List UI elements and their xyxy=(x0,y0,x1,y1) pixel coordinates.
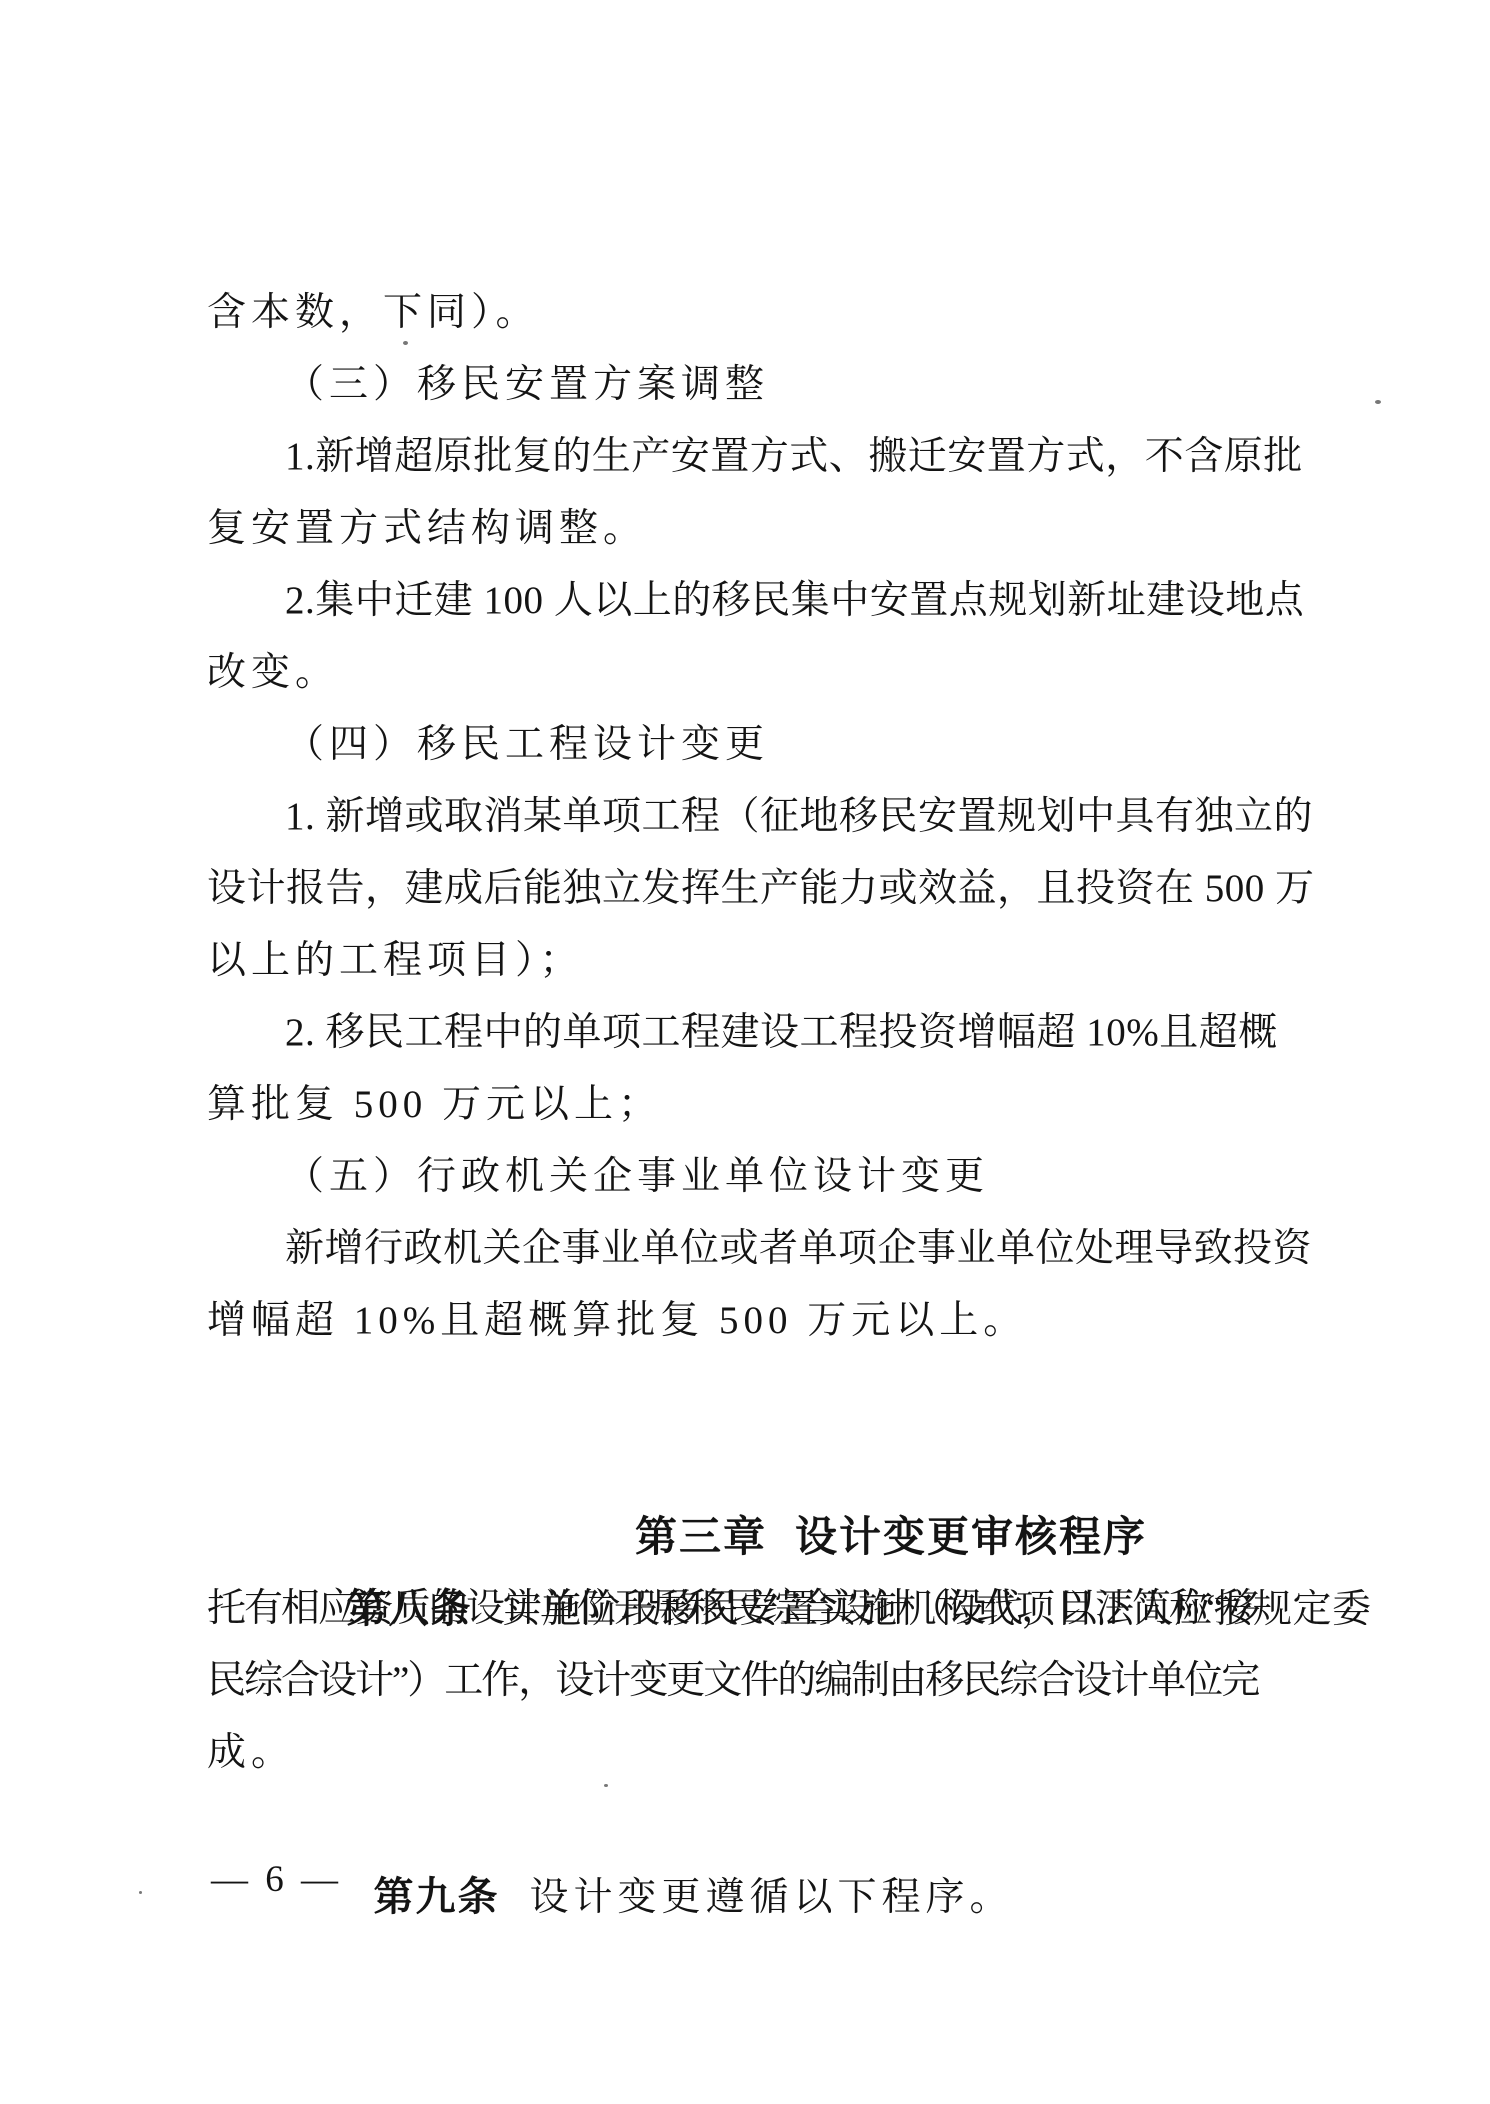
text-line: 增幅超 10%且超概算批复 500 万元以上。 xyxy=(207,1285,1280,1357)
text-line: 1.新增超原批复的生产安置方式、搬迁安置方式，不含原批 xyxy=(207,421,1280,493)
text-line: 1. 新增或取消某单项工程（征地移民安置规划中具有独立的 xyxy=(207,781,1280,853)
text-line: 含本数，下同）。 xyxy=(207,277,1280,349)
text-line: 以上的工程项目）； xyxy=(207,925,1280,997)
text-line: 新增行政机关企事业单位或者单项企事业单位处理导致投资 xyxy=(207,1213,1280,1285)
text-line: 改变。 xyxy=(207,637,1280,709)
text-line: 托有相应资质的设计单位开展移民综合设计（设代，以下简称“移 xyxy=(207,1573,1280,1645)
article-number: 第九条 xyxy=(374,1875,500,1919)
scan-speck xyxy=(139,1891,142,1894)
document-page: 含本数，下同）。 （三）移民安置方案调整 1.新增超原批复的生产安置方式、搬迁安… xyxy=(0,0,1490,2104)
document-body: 含本数，下同）。 （三）移民安置方案调整 1.新增超原批复的生产安置方式、搬迁安… xyxy=(207,277,1280,1861)
scan-speck xyxy=(1375,400,1381,404)
list-item-heading: （四）移民工程设计变更 xyxy=(207,709,1280,781)
text-line: 算批复 500 万元以上； xyxy=(207,1069,1280,1141)
scan-speck xyxy=(403,341,408,345)
chapter-number: 第三章 xyxy=(635,1513,767,1560)
article-line: 第九条设计变更遵循以下程序。 xyxy=(207,1789,1280,1861)
list-item-heading: （三）移民安置方案调整 xyxy=(207,349,1280,421)
page-number-footer: — 6 — xyxy=(211,1858,342,1902)
text-line: 复安置方式结构调整。 xyxy=(207,493,1280,565)
chapter-heading: 第三章设计变更审核程序 xyxy=(207,1429,1280,1501)
scan-speck xyxy=(604,1784,608,1787)
list-item-heading: （五）行政机关企事业单位设计变更 xyxy=(207,1141,1280,1213)
article-text: 设计变更遵循以下程序。 xyxy=(530,1876,1014,1919)
blank-line xyxy=(207,1357,1280,1429)
text-line: 2.集中迁建 100 人以上的移民集中安置点规划新址建设地点 xyxy=(207,565,1280,637)
text-line: 设计报告，建成后能独立发挥生产能力或效益，且投资在 500 万 xyxy=(207,853,1280,925)
text-line: 成。 xyxy=(207,1717,1280,1789)
text-line: 民综合设计”）工作，设计变更文件的编制由移民综合设计单位完 xyxy=(207,1645,1280,1717)
chapter-title: 设计变更审核程序 xyxy=(795,1513,1147,1560)
text-line: 2. 移民工程中的单项工程建设工程投资增幅超 10%且超概 xyxy=(207,997,1280,1069)
